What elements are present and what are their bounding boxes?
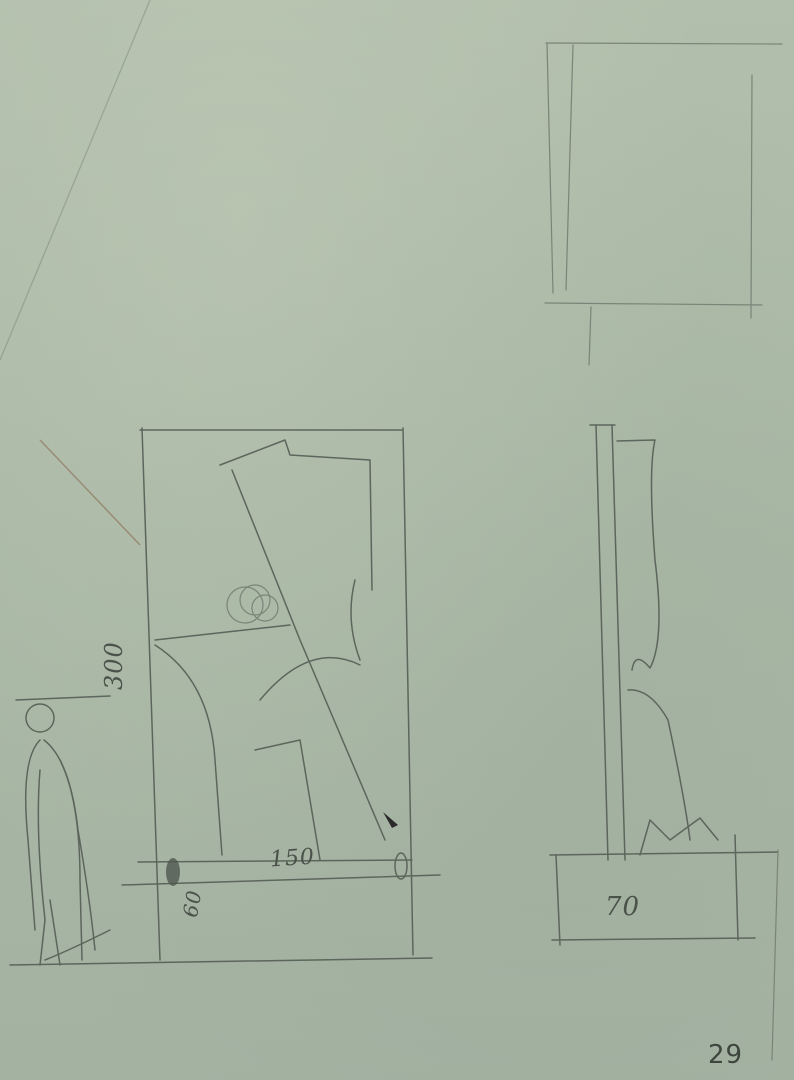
base-height-dimension-label: 60 <box>178 888 206 919</box>
page-number: 29 <box>708 1040 743 1070</box>
side-base-dimension-label: 70 <box>605 892 640 922</box>
height-dimension-label: 300 <box>100 641 128 690</box>
pencil-drawing <box>0 0 794 1080</box>
front-view-sketch <box>10 428 440 965</box>
side-view-sketch <box>550 425 778 1060</box>
human-figure-sketch <box>16 696 110 965</box>
top-frame-sketch <box>545 43 782 365</box>
sketch-sheet: 300 150 60 70 29 <box>0 0 794 1080</box>
width-dimension-label: 150 <box>269 844 316 872</box>
